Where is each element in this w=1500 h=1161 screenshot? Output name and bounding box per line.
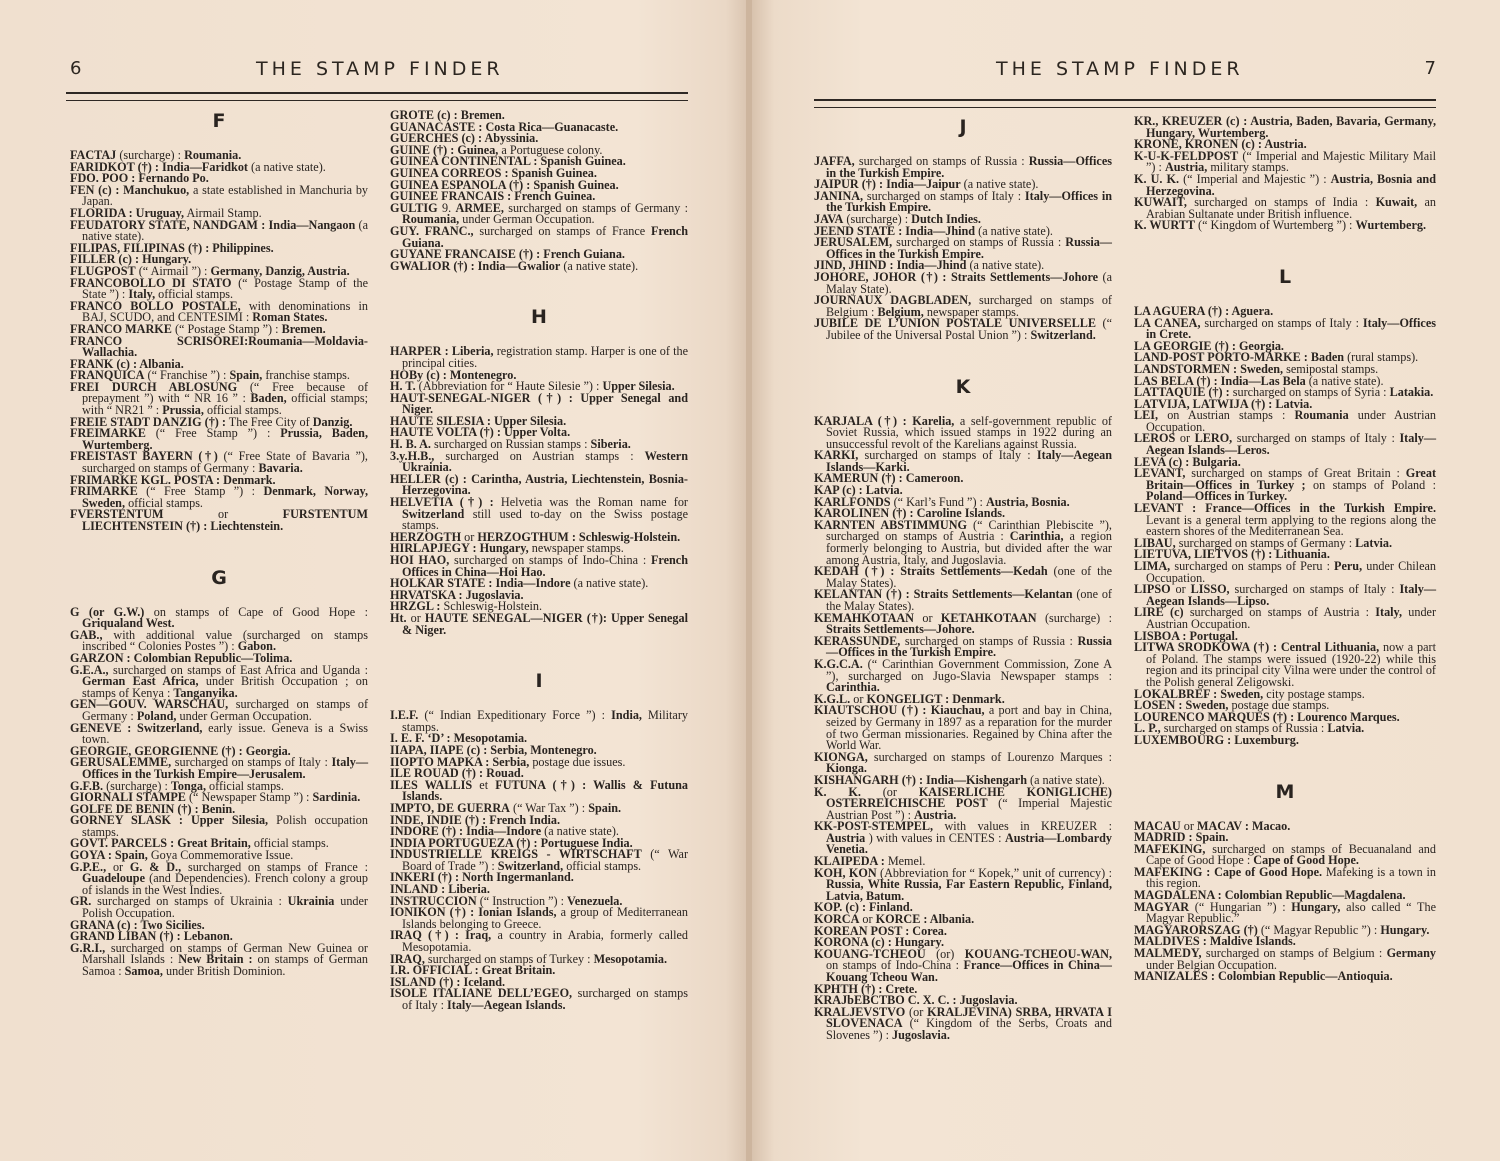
index-entry: ISOLE ITALIANE DELL’EGEO, surcharged on …: [390, 988, 688, 1011]
entry-text: on stamps of Poland :: [1306, 478, 1436, 492]
entry-bold-text: Russia, White Russia, Far Eastern Republ…: [826, 877, 1112, 903]
index-entry: GR. surcharged on stamps of Ukrainia : U…: [70, 896, 368, 919]
entry-bold-text: Mesopotamia.: [594, 952, 667, 966]
section-letter-heading: L: [1134, 266, 1436, 288]
index-entry: MALMEDY, surcharged on stamps of Belgium…: [1134, 948, 1436, 971]
entry-bold-text: Switzerland.: [1030, 328, 1095, 342]
entry-text: surcharged on stamps of Lourenzo Marques…: [868, 750, 1112, 764]
index-entry: JERUSALEM, surcharged on stamps of Russi…: [814, 237, 1112, 260]
index-entry: I.E.F. (“ Indian Expeditionary Force ”) …: [390, 710, 688, 733]
index-entry: GULTIG 9. ARMEE, surcharged on stamps of…: [390, 203, 688, 226]
book-spread: 6 THE STAMP FINDER FFACTAJ (surcharge) :…: [0, 0, 1500, 1161]
index-entry: GWALIOR (†) : India—Gwalior (a native st…: [390, 261, 688, 273]
index-entry: KARNTEN ABSTIMMUNG (“ Carinthian Plebisc…: [814, 520, 1112, 566]
column-right: GROTE (c) : Bremen.GUANACASTE : Costa Ri…: [390, 110, 688, 1012]
entry-bold-text: India,: [611, 708, 642, 722]
left-page: 6 THE STAMP FINDER FFACTAJ (surcharge) :…: [0, 0, 748, 1161]
index-entry: MAFEKING : Cape of Good Hope. Mafeking i…: [1134, 867, 1436, 890]
column-right: KR., KREUZER (c) : Austria, Baden, Bavar…: [1134, 116, 1436, 983]
entry-bold-text: Sardinia.: [312, 790, 360, 804]
index-entry: FRANCO SCRISOREI:Roumania—Moldavia-Walla…: [70, 336, 368, 359]
entry-text: with additional value (surcharged on sta…: [82, 628, 368, 654]
right-page: THE STAMP FINDER 7 JJAFFA, surcharged on…: [752, 0, 1500, 1161]
entry-bold-text: LUXEMBOURG : Luxemburg.: [1134, 733, 1299, 747]
index-entry: MAFEKING, surcharged on stamps of Becuan…: [1134, 844, 1436, 867]
entry-text: (“ Carinthian Government Commission, Zon…: [826, 657, 1112, 683]
entry-bold-text: Wurtemberg.: [1356, 218, 1427, 232]
index-entry: LIMA, surcharged on stamps of Peru : Per…: [1134, 561, 1436, 584]
entry-bold-text: Germany: [1387, 946, 1436, 960]
index-entry: K. WURTT (“ Kingdom of Wurtemberg ”) : W…: [1134, 220, 1436, 232]
section-letter-heading: K: [814, 376, 1112, 398]
entry-text: (a native state).: [570, 576, 648, 590]
index-entry: FRANCO BOLLO POSTALE, with denominations…: [70, 301, 368, 324]
entry-bold-text: Hungary,: [1291, 900, 1340, 914]
index-entry: GENEVE : Switzerland, early issue. Genev…: [70, 723, 368, 746]
section-letter-heading: F: [70, 110, 368, 132]
index-entry: GEN—GOUV. WARSCHAU, surcharged on stamps…: [70, 699, 368, 722]
index-entry: KIAUTSCHOU (†) : Kiauchau, a port and ba…: [814, 705, 1112, 751]
entry-bold-text: HAUT-SENEGAL-NIGER (†) : Upper Senegal a…: [390, 391, 688, 417]
index-entry: IRAQ (†) : Iraq, a country in Arabia, fo…: [390, 930, 688, 953]
entry-bold-text: Ukrainia: [288, 894, 335, 908]
entry-bold-text: Roumania: [1294, 408, 1348, 422]
index-entry: INDUSTRIELLE KREIGS - WIRTSCHAFT (“ War …: [390, 849, 688, 872]
index-entry: KRALJEVSTVO (or KRALJEVINA) SRBA, HRVATA…: [814, 1007, 1112, 1042]
index-entry: LITWA SRODKOWA (†) : Central Lithuania, …: [1134, 642, 1436, 688]
index-entry: G.E.A., surcharged on stamps of East Afr…: [70, 665, 368, 700]
page-number: 6: [70, 58, 81, 79]
entry-bold-text: Hungary.: [1380, 923, 1429, 937]
index-entry: LIPSO or LISSO, surcharged on stamps of …: [1134, 584, 1436, 607]
section-letter-heading: H: [390, 306, 688, 328]
index-entry: GORNEY SLASK : Upper Silesia, Polish occ…: [70, 815, 368, 838]
index-entry: JOURNAUX DAGBLADEN, surcharged on stamps…: [814, 295, 1112, 318]
section-letter-heading: J: [814, 116, 1112, 138]
index-entry: KOH, KON (Abbreviation for “ Kopek,” uni…: [814, 868, 1112, 903]
index-entry: FEUDATORY STATE, NANDGAM : India—Nangaon…: [70, 220, 368, 243]
entry-bold-text: KR., KREUZER (c) : Austria, Baden, Bavar…: [1134, 114, 1436, 140]
index-entry: G.P.E., or G. & D., surcharged on stamps…: [70, 862, 368, 897]
index-entry: HELVETIA (†) : Helvetia was the Roman na…: [390, 497, 688, 532]
index-entry: Ht. or HAUTE SENEGAL—NIGER (†): Upper Se…: [390, 613, 688, 636]
entry-bold-text: GWALIOR (†) : India—Gwalior: [390, 259, 560, 273]
entry-text: ) with values in CENTES :: [865, 831, 1005, 845]
entry-text: et: [472, 778, 495, 792]
entry-bold-text: Italy,: [1375, 605, 1402, 619]
index-entry: K-U-K-FELDPOST (“ Imperial and Majestic …: [1134, 151, 1436, 174]
page-header: THE STAMP FINDER 7: [996, 58, 1436, 88]
entry-bold-text: Spain.: [588, 801, 621, 815]
entry-text: (surcharge) :: [1037, 611, 1112, 625]
index-entry: JAFFA, surcharged on stamps of Russia : …: [814, 156, 1112, 179]
entry-bold-text: Italy—Aegean Islands.: [447, 998, 566, 1012]
index-entry: LUXEMBOURG : Luxemburg.: [1134, 735, 1436, 747]
entry-text: (“ Free Stamp ”) :: [146, 426, 280, 440]
entry-bold-text: Samoa,: [125, 964, 163, 978]
entry-text: surcharged on stamps of France: [474, 224, 651, 238]
index-entry: KR., KREUZER (c) : Austria, Baden, Bavar…: [1134, 116, 1436, 139]
index-entry: JOHORE, JOHOR (†) : Straits Settlements—…: [814, 272, 1112, 295]
entry-text: on stamps of Cape of Good Hope :: [144, 605, 368, 619]
entry-text: (“ Kingdom of Wurtemberg ”) :: [1195, 218, 1356, 232]
entry-bold-text: Latvia.: [1355, 536, 1392, 550]
column-left: FFACTAJ (surcharge) : Roumania.FARIDKOT …: [70, 110, 368, 978]
entry-text: surcharged on stamps of Italy :: [1201, 316, 1363, 330]
index-entry: ILES WALLIS et FUTUNA (†) : Wallis & Fut…: [390, 780, 688, 803]
entry-text: official stamps.: [563, 859, 641, 873]
index-entry: KEDAH (†) : Straits Settlements—Kedah (o…: [814, 566, 1112, 589]
index-entry: LIRE (c) surcharged on stamps of Austria…: [1134, 607, 1436, 630]
index-entry: FRANCOBOLLO DI STATO (“ Postage Stamp of…: [70, 278, 368, 301]
page-number: 7: [1425, 58, 1436, 79]
index-entry: FREI DURCH ABLOSUNG (“ Free because of p…: [70, 382, 368, 417]
index-entry: LEI, on Austrian stamps : Roumania under…: [1134, 410, 1436, 433]
index-entry: K.G.C.A. (“ Carinthian Government Commis…: [814, 659, 1112, 694]
header-double-rule: [66, 92, 688, 101]
index-entry: KARKI, surcharged on stamps of Italy : I…: [814, 450, 1112, 473]
running-title: THE STAMP FINDER: [256, 58, 504, 80]
index-entry: 3.y.H.B., surcharged on Austrian stamps …: [390, 451, 688, 474]
entry-bold-text: Peru,: [1334, 559, 1362, 573]
entry-text: Levant is a general term applying to the…: [1146, 513, 1436, 539]
entry-bold-text: Jugoslavia.: [892, 1028, 950, 1042]
running-title: THE STAMP FINDER: [996, 58, 1244, 80]
index-entry: JUBILE DE L’UNION POSTALE UNIVERSELLE (“…: [814, 318, 1112, 341]
section-letter-heading: M: [1134, 781, 1436, 803]
header-double-rule: [814, 99, 1436, 108]
index-entry: LEVANT : France—Offices in the Turkish E…: [1134, 503, 1436, 538]
index-entry: GUY. FRANC., surcharged on stamps of Fra…: [390, 226, 688, 249]
index-entry: KUWAIT, surcharged on stamps of India : …: [1134, 197, 1436, 220]
index-entry: G.R.I., surcharged on stamps of German N…: [70, 943, 368, 978]
index-entry: G (or G.W.) on stamps of Cape of Good Ho…: [70, 607, 368, 630]
index-entry: LA CANEA, surcharged on stamps of Italy …: [1134, 318, 1436, 341]
entry-bold-text: HAUTE SENEGAL—NIGER (†): Upper Senegal &…: [402, 611, 688, 637]
index-entry: JANINA, surcharged on stamps of Italy : …: [814, 191, 1112, 214]
entry-text: (“ Indian Expeditionary Force ”) :: [418, 708, 611, 722]
entry-bold-text: K. WURTT: [1134, 218, 1195, 232]
entry-bold-text: Latvia.: [1327, 721, 1364, 735]
column-left: JJAFFA, surcharged on stamps of Russia :…: [814, 116, 1112, 1042]
index-entry: FEN (c) : Manchukuo, a state established…: [70, 185, 368, 208]
entry-text: (a native state).: [560, 259, 638, 273]
index-entry: IONIKON (†) : Ionian Islands, a group of…: [390, 907, 688, 930]
index-entry: KERASSUNDE, surcharged on stamps of Russ…: [814, 636, 1112, 659]
index-entry: KK-POST-STEMPEL, with values in KREUZER …: [814, 821, 1112, 856]
index-entry: KELANTAN (†) : Straits Settlements—Kelan…: [814, 589, 1112, 612]
index-entry: HELLER (c) : Carintha, Austria, Liechten…: [390, 474, 688, 497]
index-entry: MAGYAR (“ Hungarian ”) : Hungary, also c…: [1134, 902, 1436, 925]
section-letter-heading: I: [390, 670, 688, 692]
entry-bold-text: FRANCO SCRISOREI:Roumania—Moldavia-Walla…: [70, 334, 368, 360]
entry-bold-text: HELLER (c) : Carintha, Austria, Liechten…: [390, 472, 688, 498]
entry-bold-text: MANIZALES : Colombian Republic—Antioquia…: [1134, 969, 1393, 983]
entry-text: surcharged on Austrian stamps :: [434, 449, 644, 463]
index-entry: FREIMARKE (“ Free Stamp ”) : Prussia, Ba…: [70, 428, 368, 451]
entry-text: under British Dominion.: [163, 964, 286, 978]
index-entry: KEMAHKOTAAN or KETAHKOTAAN (surcharge) :…: [814, 613, 1112, 636]
index-entry: LEROS or LERO, surcharged on stamps of I…: [1134, 433, 1436, 456]
index-entry: HAUT-SENEGAL-NIGER (†) : Upper Senegal a…: [390, 393, 688, 416]
index-entry: K. K. (or KAISERLICHE KONIGLICHE) OSTERR…: [814, 787, 1112, 822]
index-entry: MANIZALES : Colombian Republic—Antioquia…: [1134, 971, 1436, 983]
index-entry: HARPER : Liberia, registration stamp. Ha…: [390, 346, 688, 369]
entry-text: postage due issues.: [529, 755, 625, 769]
index-entry: KARJALA (†) : Karelia, a self-government…: [814, 416, 1112, 451]
entry-text: (a native state).: [248, 160, 326, 174]
index-entry: KIONGA, surcharged on stamps of Lourenzo…: [814, 752, 1112, 775]
page-header: 6 THE STAMP FINDER: [70, 58, 686, 88]
index-entry: LEVANT, surcharged on stamps of Great Br…: [1134, 468, 1436, 503]
index-entry: K. U. K. (“ Imperial and Majestic ”) : A…: [1134, 174, 1436, 197]
entry-bold-text: Latakia.: [1390, 385, 1434, 399]
index-entry: GAB., with additional value (surcharged …: [70, 630, 368, 653]
entry-bold-text: Kuwait,: [1376, 195, 1418, 209]
section-letter-heading: G: [70, 567, 368, 589]
index-entry: GERUSALEMME, surcharged on stamps of Ita…: [70, 757, 368, 780]
index-entry: HOI HAO, surcharged on stamps of Indo-Ch…: [390, 555, 688, 578]
index-entry: KOUANG-TCHEOU (or) KOUANG-TCHEOU-WAN, on…: [814, 949, 1112, 984]
index-entry: FRIMARKE (“ Free Stamp ”) : Denmark, Nor…: [70, 486, 368, 509]
index-entry: FVERSTENTUM or FURSTENTUM LIECHTENSTEIN …: [70, 509, 368, 532]
index-entry: FREISTAST BAYERN (†) (“ Free State of Ba…: [70, 451, 368, 474]
